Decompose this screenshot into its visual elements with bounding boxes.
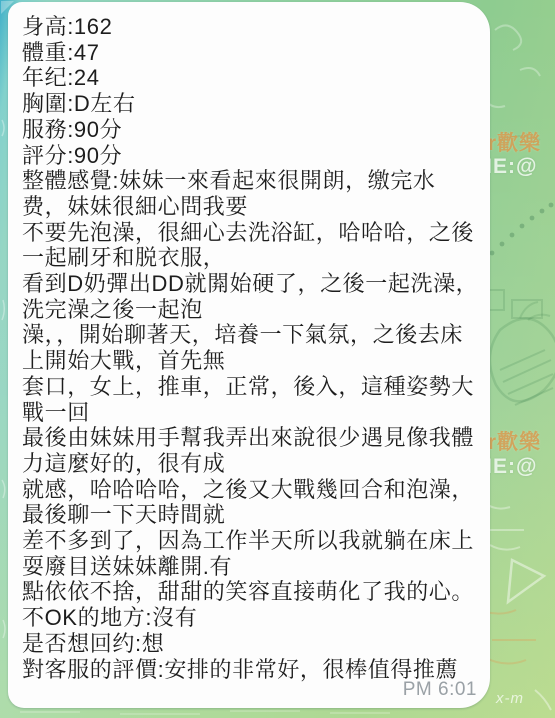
message-line: 洗完澡之後一起泡	[22, 297, 484, 323]
message-line: 套口，女上，推車，正常，後入，這種姿勢大	[22, 374, 484, 400]
chat-screen: hr歡樂 INE:@ hr歡樂 INE:@ x-m 身高:162 體重:47 年…	[0, 0, 555, 718]
message-line: 戰一回	[22, 400, 484, 426]
message-line: 澡，，開始聊著天，培養一下氣氛，之後去床	[22, 322, 484, 348]
message-line: 身高:162	[22, 14, 484, 40]
message-line: 胸圍:D左右	[22, 91, 484, 117]
message-line: 一起刷牙和脱衣服，	[22, 245, 484, 271]
message-line: 不OK的地方:沒有	[22, 605, 484, 631]
message-timestamp: PM 6:01	[403, 679, 477, 701]
message-line: 評分:90分	[22, 143, 484, 169]
message-line: 最後聊一下天時間就	[22, 502, 484, 528]
message-line: 整體感覺:妹妹一來看起來很開朗，缴完水	[22, 168, 484, 194]
watermark-doodle-text: x-m	[496, 690, 524, 707]
message-text: 身高:162 體重:47 年纪:24 胸圍:D左右 服務:90分 評分:90分 …	[22, 14, 484, 682]
message-line: 看到D奶彈出DD就閞始硬了，之後一起洗澡，	[22, 271, 484, 297]
message-line: 费，妹妹很細心問我要	[22, 194, 484, 220]
message-line: 力這麼好的，很有成	[22, 451, 484, 477]
message-line: 是否想回约:想	[22, 631, 484, 657]
message-line: 耍廢目送妹妹離開.有	[22, 554, 484, 580]
message-line: 體重:47	[22, 40, 484, 66]
message-line: 最後由妹妹用手幫我弄出來說很少遇見像我體	[22, 425, 484, 451]
message-line: 就感，哈哈哈哈，之後又大戰幾回合和泡澡，	[22, 477, 484, 503]
message-line: 上開始大戰，首先無	[22, 348, 484, 374]
message-line: 年纪:24	[22, 65, 484, 91]
message-line: 服務:90分	[22, 117, 484, 143]
message-bubble[interactable]: 身高:162 體重:47 年纪:24 胸圍:D左右 服務:90分 評分:90分 …	[8, 2, 490, 708]
message-line: 差不多到了，因為工作半天所以我就躺在床上	[22, 528, 484, 554]
message-line: 點依依不捨，甜甜的笑容直接萌化了我的心。	[22, 579, 484, 605]
message-line: 不要先泡澡，很細心去洗浴缸，哈哈哈，之後	[22, 220, 484, 246]
